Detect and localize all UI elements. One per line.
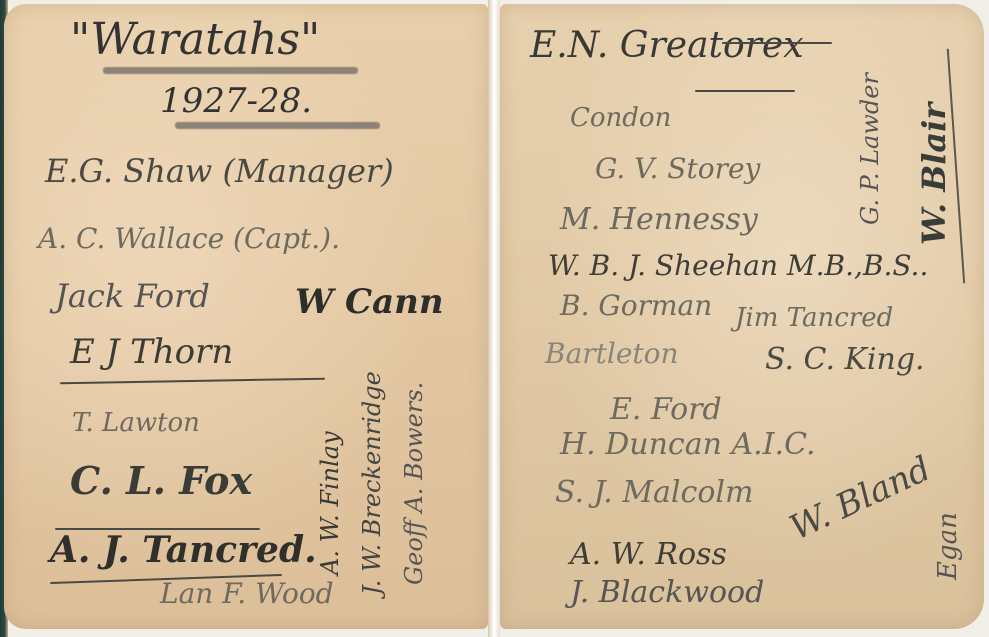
- signature-king: S. C. King.: [765, 345, 925, 375]
- signature-breckenridge-vertical: J. W. Breckenridge: [360, 371, 384, 595]
- greatorex-overline: [722, 42, 832, 44]
- signature-lawder-vertical: G. P. Lawder: [858, 73, 882, 225]
- signature-blackwood: J. Blackwood: [570, 578, 764, 608]
- greatorex-underline: [695, 90, 795, 92]
- signature-bartleton: Bartleton: [545, 340, 679, 368]
- signature-wallace: A. C. Wallace (Capt.).: [38, 225, 340, 253]
- book-spine: [488, 0, 500, 637]
- signature-sheehan: W. B. J. Sheehan M.B.,B.S..: [548, 252, 928, 280]
- signature-condon: Condon: [570, 105, 671, 131]
- signature-ford: Jack Ford: [55, 280, 210, 312]
- season-heading: 1927-28.: [160, 84, 312, 118]
- signature-thorn: E J Thorn: [70, 335, 233, 369]
- signature-wood: Lan F. Wood: [160, 580, 334, 608]
- season-underline: [175, 122, 380, 129]
- signature-lawton: T. Lawton: [72, 410, 200, 436]
- signature-blair-vertical: W. Blair: [918, 103, 950, 245]
- title-underline: [103, 67, 358, 74]
- signature-fox: C. L. Fox: [70, 462, 252, 500]
- signature-duncan: H. Duncan A.I.C.: [560, 430, 815, 460]
- title-heading: "Waratahs": [70, 18, 320, 62]
- signature-tancred: A. J. Tancred.: [50, 532, 317, 568]
- signature-e-ford: E. Ford: [610, 395, 722, 425]
- signature-gorman: B. Gorman: [560, 292, 712, 320]
- signature-cann: W Cann: [295, 285, 444, 319]
- signature-jim-tancred: Jim Tancred: [735, 305, 893, 331]
- signature-finlay-vertical: A. W. Finlay: [318, 431, 342, 575]
- signature-egan-vertical: Egan: [935, 512, 961, 580]
- signature-greatorex: E.N. Greatorex: [530, 28, 804, 64]
- signature-shaw: E.G. Shaw (Manager): [45, 155, 394, 187]
- signature-malcolm: S. J. Malcolm: [555, 478, 753, 508]
- signature-storey: G. V. Storey: [595, 155, 760, 183]
- signature-ross: A. W. Ross: [570, 540, 727, 570]
- signature-bowers-vertical: Geoff A. Bowers.: [402, 382, 426, 585]
- signature-hennessy: M. Hennessy: [560, 205, 758, 235]
